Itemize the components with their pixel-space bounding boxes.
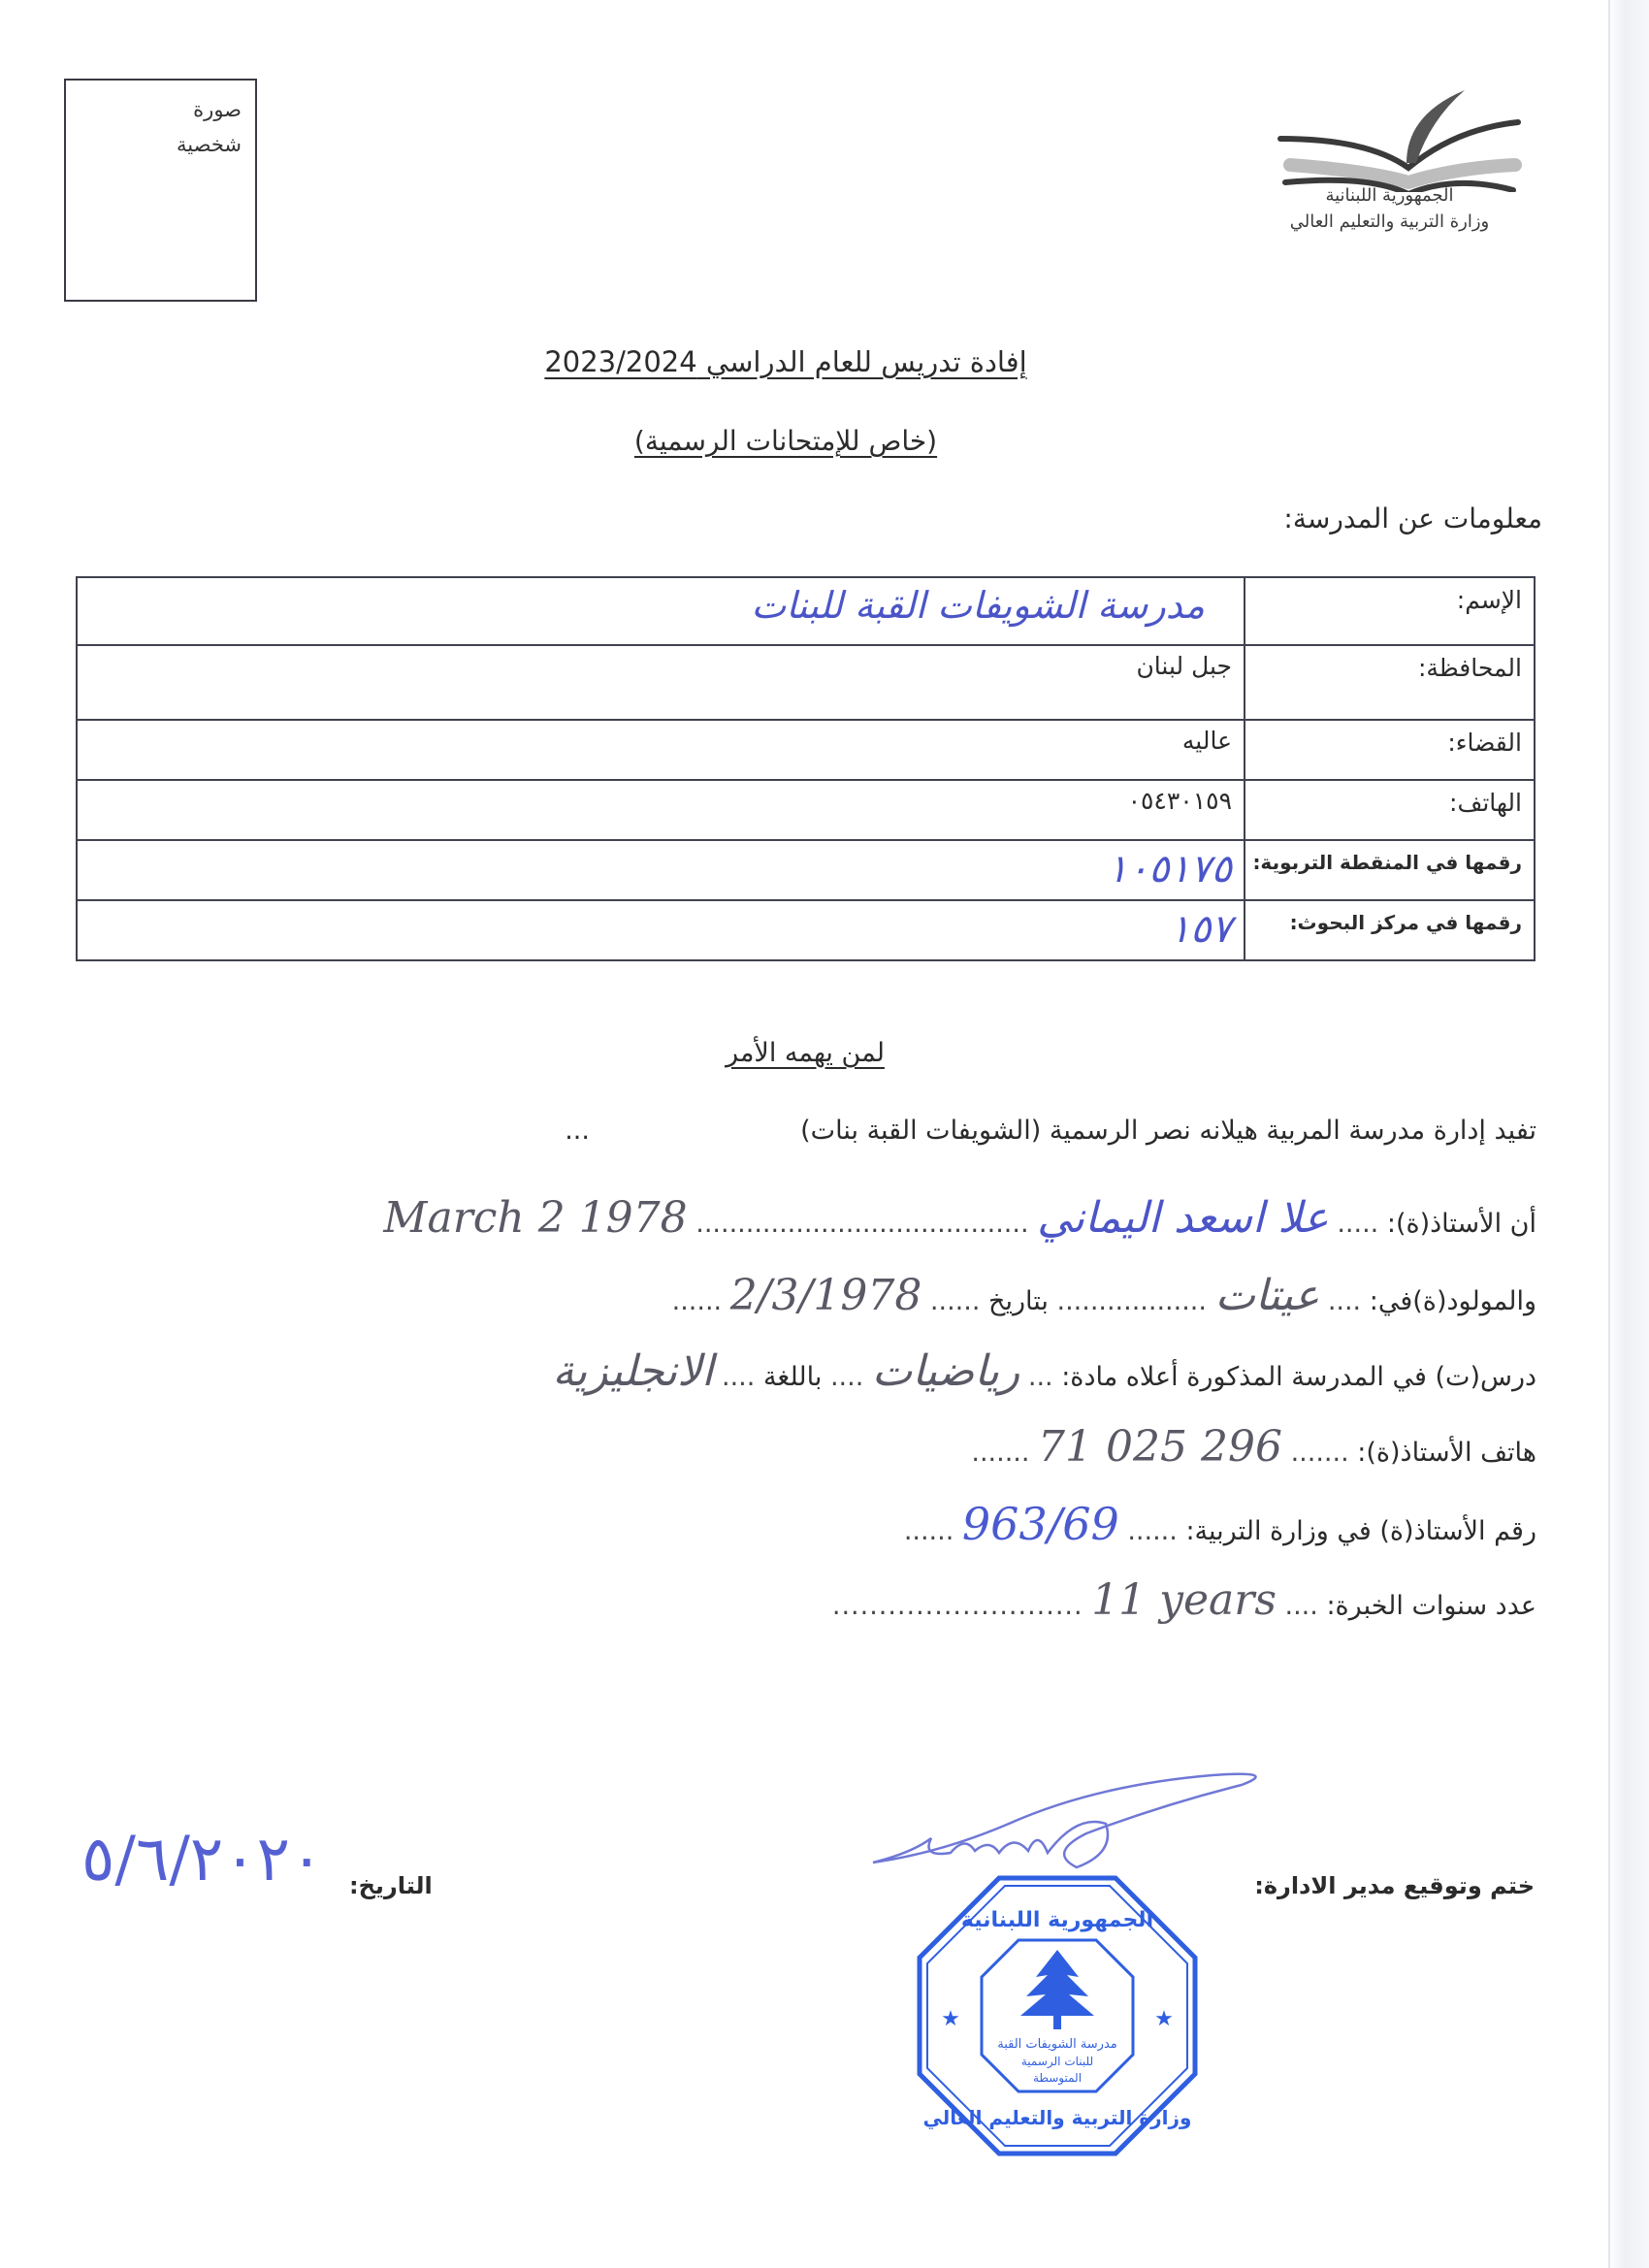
school-name-handwritten: مدرسة الشويفات القبة للبنات	[751, 584, 1205, 627]
table-row-region-number: رقمها في المنقطة التربوية: ١٠٥١٧٥	[77, 840, 1535, 900]
school-info-section-label: معلومات عن المدرسة:	[1283, 502, 1542, 535]
to-whom-heading-text: لمن يهمه الأمر	[726, 1038, 885, 1068]
region-number-handwritten: ١٠٥١٧٥	[1107, 847, 1232, 891]
label-district: القضاء:	[1245, 720, 1535, 780]
phone-dots: .......	[1291, 1438, 1349, 1468]
to-whom-heading: لمن يهمه الأمر	[708, 1038, 902, 1068]
table-row-phone: الهاتف: ٠٥٤٣٠١٥٩	[77, 780, 1535, 840]
table-row-governorate: المحافظة: جبل لبنان	[77, 645, 1535, 720]
stamp-outer-top: الجمهورية اللبنانية	[961, 1908, 1153, 1932]
value-district: عاليه	[77, 720, 1245, 780]
label-governorate: المحافظة:	[1245, 645, 1535, 720]
language-handwritten: الانجليزية	[552, 1346, 713, 1396]
subject-handwritten: رياضيات	[872, 1346, 1019, 1396]
stamp-star-right: ★	[1154, 2007, 1174, 2031]
label-name: الإسم:	[1245, 577, 1535, 645]
ministry-number-line: رقم الأستاذ(ة) في وزارة التربية: ...... …	[904, 1498, 1536, 1550]
stamp-outer-bottom: وزارة التربية والتعليم العالي	[923, 2106, 1192, 2130]
subject-dots-2: ....	[830, 1362, 863, 1392]
stamp-inner-line3: المتوسطة	[1033, 2071, 1082, 2086]
cedar-tree-icon	[1020, 1950, 1094, 2029]
born-dots: ....	[1328, 1286, 1361, 1316]
label-phone: الهاتف:	[1245, 780, 1535, 840]
language-label: باللغة	[763, 1362, 822, 1392]
value-research-number: ١٥٧	[77, 900, 1245, 960]
ministry-number-handwritten: 963/69	[962, 1498, 1119, 1550]
table-row-district: القضاء: عاليه	[77, 720, 1535, 780]
scan-edge-line	[1608, 0, 1610, 2268]
birth-line: والمولود(ة)في: .... عيتات ..............…	[672, 1271, 1536, 1320]
experience-dots: ....	[1285, 1591, 1318, 1621]
date-label-footer: التاريخ:	[349, 1872, 433, 1899]
taught-label: درس(ت) في المدرسة المذكورة أعلاه مادة:	[1061, 1362, 1536, 1392]
official-stamp: مدرسة الشويفات القبة للبنات الرسمية المت…	[912, 1870, 1203, 2161]
value-region-number: ١٠٥١٧٥	[77, 840, 1245, 900]
born-dots-2: ..................	[1056, 1286, 1207, 1316]
date-label: بتاريخ	[988, 1286, 1049, 1316]
republic-name: الجمهورية اللبنانية	[1251, 182, 1528, 209]
label-research-number: رقمها في مركز البحوث:	[1245, 900, 1535, 960]
language-dots: ....	[722, 1362, 755, 1392]
photo-label-line1: صورة	[177, 92, 242, 127]
born-label: والمولود(ة)في:	[1370, 1286, 1536, 1316]
page-title: إفادة تدريس للعام الدراسي 2023/2024	[504, 345, 1067, 378]
intro-line: تفيد إدارة مدرسة المربية هيلانه نصر الرس…	[565, 1116, 1536, 1146]
open-book-icon	[1261, 85, 1533, 192]
value-governorate: جبل لبنان	[77, 645, 1245, 720]
stamp-inner-line2: للبنات الرسمية	[1021, 2055, 1093, 2069]
experience-label: عدد سنوات الخبرة:	[1326, 1591, 1536, 1621]
personal-photo-box: صورة شخصية	[64, 79, 257, 302]
date-dots: ......	[930, 1286, 981, 1316]
teacher-phone-handwritten: 71 025 296	[1038, 1422, 1282, 1472]
date-handwritten: ٥/٦/٢٠٢٠	[81, 1824, 323, 1895]
table-row-name: الإسم: مدرسة الشويفات القبة للبنات	[77, 577, 1535, 645]
signature-scribble	[854, 1766, 1300, 1882]
teacher-line: أن الأستاذ(ة): ..... علا اسعد اليماني ..…	[383, 1193, 1536, 1243]
label-region-number: رقمها في المنقطة التربوية:	[1245, 840, 1535, 900]
born-date-handwritten: 2/3/1978	[730, 1271, 922, 1320]
value-name: مدرسة الشويفات القبة للبنات	[77, 577, 1245, 645]
born-place-handwritten: عيتات	[1215, 1271, 1320, 1320]
ministry-full-name: وزارة التربية والتعليم العالي	[1251, 209, 1528, 235]
ministry-dots: ......	[1127, 1516, 1178, 1546]
page-title-text: إفادة تدريس للعام الدراسي 2023/2024	[544, 345, 1026, 378]
teacher-phone-line: هاتف الأستاذ(ة): ....... 71 025 296 ....…	[971, 1422, 1536, 1472]
page-subtitle-text: (خاص للإمتحانات الرسمية)	[634, 425, 937, 457]
research-number-handwritten: ١٥٧	[1170, 907, 1232, 952]
ministry-number-label: رقم الأستاذ(ة) في وزارة التربية:	[1185, 1516, 1536, 1546]
photo-box-label: صورة شخصية	[177, 92, 242, 162]
intro-text: تفيد إدارة مدرسة المربية هيلانه نصر الرس…	[800, 1116, 1536, 1146]
page-subtitle: (خاص للإمتحانات الرسمية)	[504, 425, 1067, 457]
subject-dots: ...	[1028, 1362, 1053, 1392]
experience-handwritten: 11 years	[1091, 1575, 1277, 1625]
value-phone: ٠٥٤٣٠١٥٩	[77, 780, 1245, 840]
scan-edge-shadow	[1608, 0, 1649, 2268]
experience-dots-2: ...........................	[832, 1591, 1083, 1621]
date-dots-2: ......	[672, 1286, 723, 1316]
experience-line: عدد سنوات الخبرة: .... 11 years ........…	[832, 1575, 1536, 1625]
teacher-name-handwritten: علا اسعد اليماني	[1037, 1193, 1329, 1243]
intro-trailing-dots: ...	[565, 1116, 590, 1146]
table-row-research-number: رقمها في مركز البحوث: ١٥٧	[77, 900, 1535, 960]
ministry-dots-2: ......	[904, 1516, 954, 1546]
subject-line: درس(ت) في المدرسة المذكورة أعلاه مادة: .…	[552, 1346, 1536, 1396]
teacher-dots: .....	[1337, 1209, 1378, 1239]
teacher-phone-label: هاتف الأستاذ(ة):	[1357, 1438, 1536, 1468]
ministry-name: الجمهورية اللبنانية وزارة التربية والتعل…	[1251, 182, 1528, 235]
teacher-birthdate-english: March 2 1978	[383, 1193, 687, 1243]
teacher-dots-2: ........................................	[695, 1209, 1028, 1239]
phone-dots-2: .......	[971, 1438, 1029, 1468]
stamp-inner-line1: مدرسة الشويفات القبة	[997, 2037, 1117, 2052]
school-info-table: الإسم: مدرسة الشويفات القبة للبنات المحا…	[76, 576, 1536, 961]
photo-label-line2: شخصية	[177, 127, 242, 162]
stamp-star-left: ★	[941, 2007, 960, 2031]
teacher-label: أن الأستاذ(ة):	[1387, 1209, 1536, 1239]
